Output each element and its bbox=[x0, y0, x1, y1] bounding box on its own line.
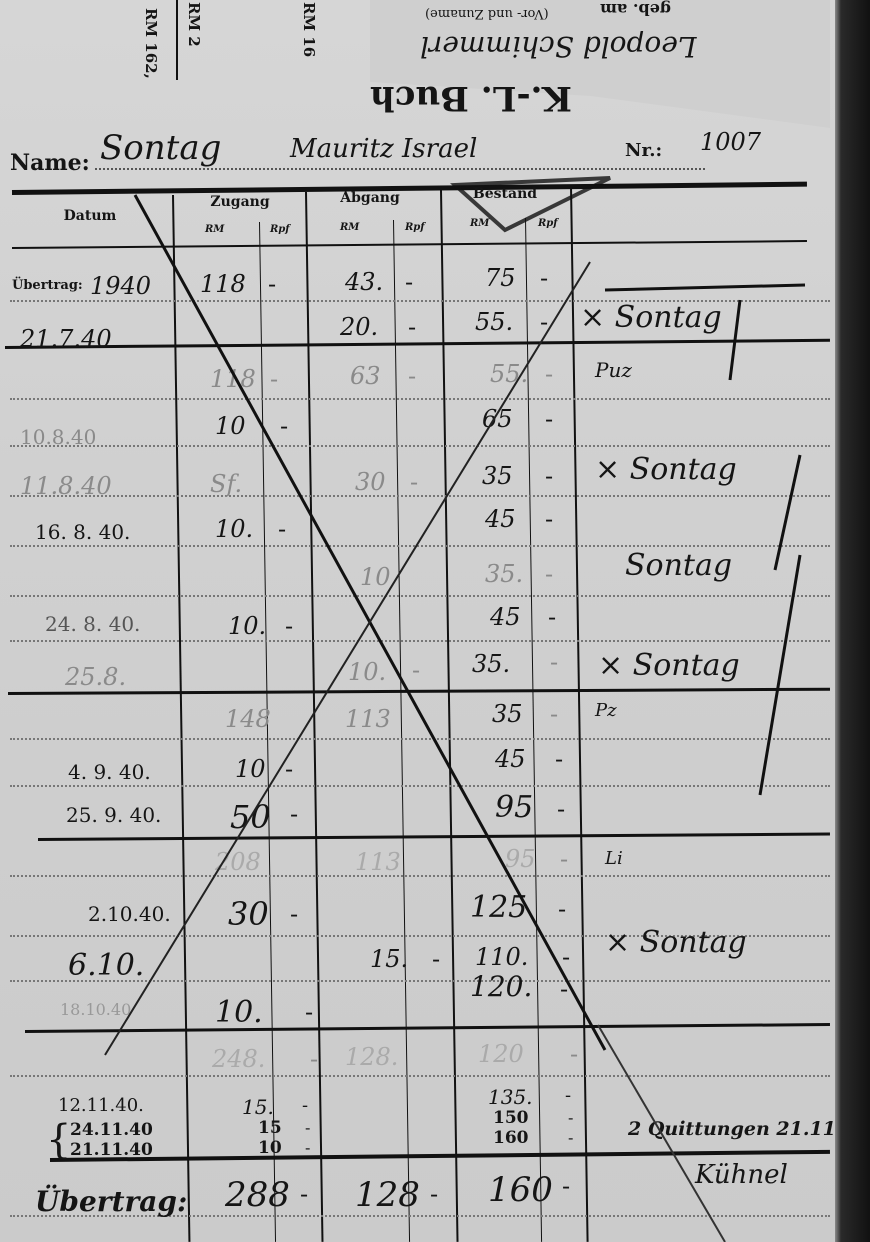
cross-out-strokes bbox=[0, 0, 870, 1242]
cross-line-3 bbox=[598, 1025, 725, 1242]
cross-line-2 bbox=[105, 262, 590, 1055]
card-edge-shadow bbox=[835, 0, 870, 1242]
star-stamp bbox=[455, 178, 610, 230]
